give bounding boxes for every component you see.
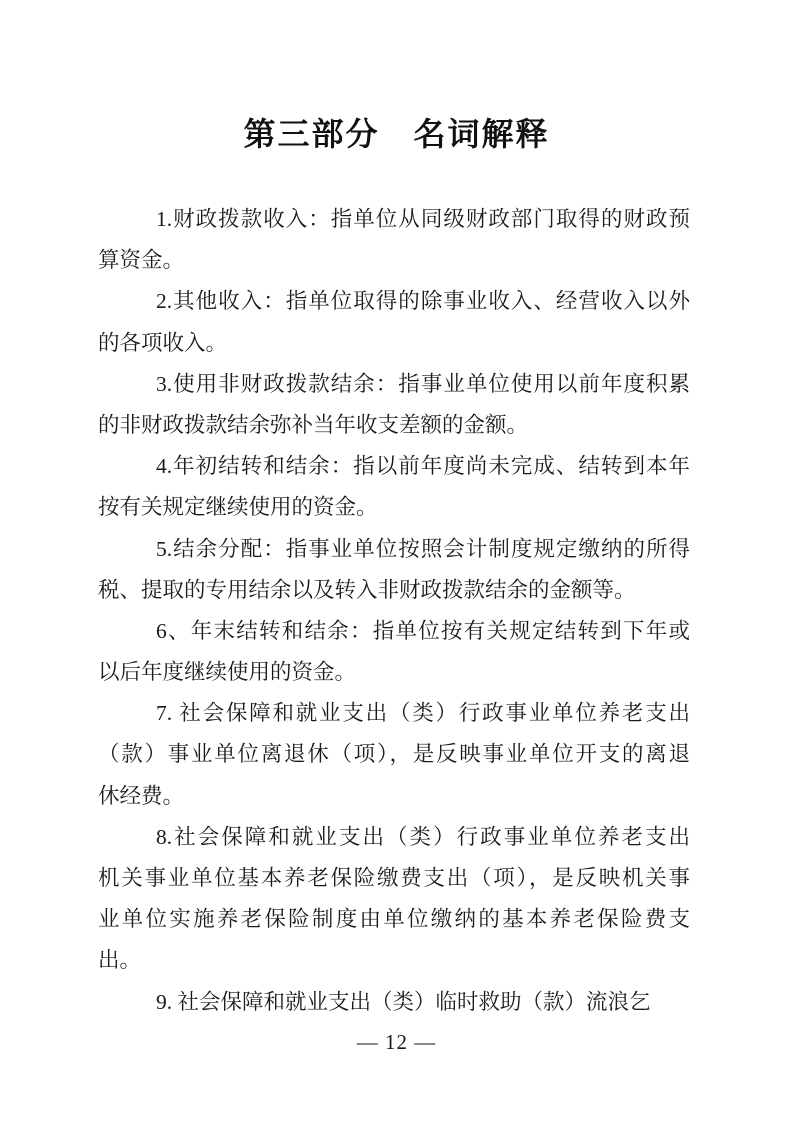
paragraph: 1.财政拨款收入：指单位从同级财政部门取得的财政预算资金。 xyxy=(98,199,690,281)
paragraph: 2.其他收入：指单位取得的除事业收入、经营收入以外的各项收入。 xyxy=(98,281,690,363)
page-number: — 12 — xyxy=(0,1030,793,1055)
text-line: 1.财政拨款收入：指单位从同级财政部门取得的财政预 xyxy=(98,199,690,240)
text-line: 6、年末结转和结余：指单位按有关规定结转到下年或 xyxy=(98,611,690,652)
paragraph: 8.社会保障和就业支出（类）行政事业单位养老支出（款）机关事业单位基本养老保险缴… xyxy=(98,817,690,982)
paragraph: 6、年末结转和结余：指单位按有关规定结转到下年或以后年度继续使用的资金。 xyxy=(98,611,690,693)
paragraph: 5.结余分配：指事业单位按照会计制度规定缴纳的所得税、提取的专用结余以及转入非财… xyxy=(98,529,690,611)
text-line: 8.社会保障和就业支出（类）行政事业单位养老支出（款） xyxy=(98,817,690,858)
text-line: （款）事业单位离退休（项），是反映事业单位开支的离退 xyxy=(98,734,690,775)
text-line: 业单位实施养老保险制度由单位缴纳的基本养老保险费支 xyxy=(98,899,690,940)
document-page: 第三部分 名词解释 1.财政拨款收入：指单位从同级财政部门取得的财政预算资金。2… xyxy=(0,0,793,1122)
text-line: 的各项收入。 xyxy=(98,323,690,364)
text-line: 机关事业单位基本养老保险缴费支出（项），是反映机关事 xyxy=(98,858,690,899)
text-line: 4.年初结转和结余：指以前年度尚未完成、结转到本年 xyxy=(98,446,690,487)
text-line: 算资金。 xyxy=(98,240,690,281)
text-line: 7. 社会保障和就业支出（类）行政事业单位养老支出 xyxy=(98,693,690,734)
text-line: 休经费。 xyxy=(98,776,690,817)
text-line: 按有关规定继续使用的资金。 xyxy=(98,487,690,528)
text-line: 5.结余分配：指事业单位按照会计制度规定缴纳的所得 xyxy=(98,529,690,570)
text-line: 出。 xyxy=(98,940,690,981)
section-title: 第三部分 名词解释 xyxy=(0,116,793,153)
glossary-body: 1.财政拨款收入：指单位从同级财政部门取得的财政预算资金。2.其他收入：指单位取… xyxy=(98,199,690,1023)
paragraph: 4.年初结转和结余：指以前年度尚未完成、结转到本年按有关规定继续使用的资金。 xyxy=(98,446,690,528)
text-line: 的非财政拨款结余弥补当年收支差额的金额。 xyxy=(98,405,690,446)
text-line: 2.其他收入：指单位取得的除事业收入、经营收入以外 xyxy=(98,281,690,322)
text-line: 9. 社会保障和就业支出（类）临时救助（款）流浪乞 xyxy=(98,982,690,1023)
paragraph: 3.使用非财政拨款结余：指事业单位使用以前年度积累的非财政拨款结余弥补当年收支差… xyxy=(98,364,690,446)
text-line: 税、提取的专用结余以及转入非财政拨款结余的金额等。 xyxy=(98,570,690,611)
text-line: 3.使用非财政拨款结余：指事业单位使用以前年度积累 xyxy=(98,364,690,405)
text-line: 以后年度继续使用的资金。 xyxy=(98,652,690,693)
paragraph: 7. 社会保障和就业支出（类）行政事业单位养老支出（款）事业单位离退休（项），是… xyxy=(98,693,690,817)
paragraph: 9. 社会保障和就业支出（类）临时救助（款）流浪乞 xyxy=(98,982,690,1023)
